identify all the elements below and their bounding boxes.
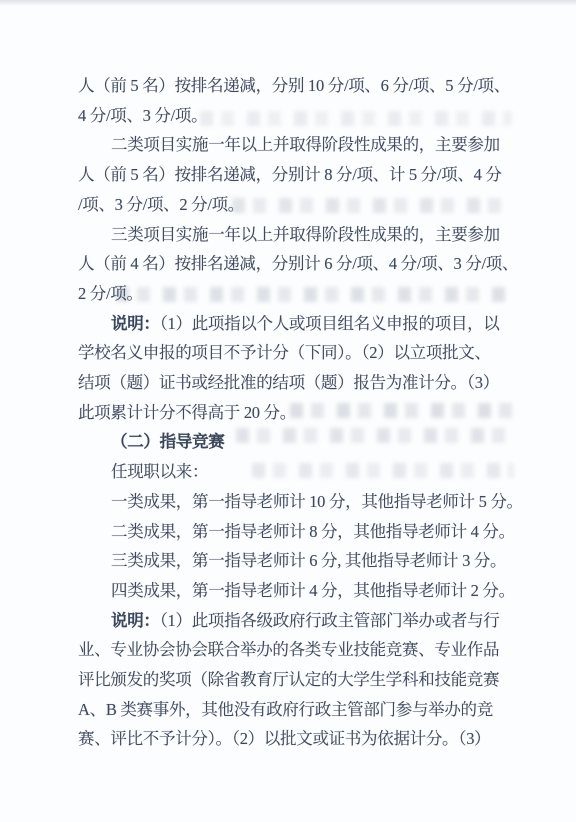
text-line: 人（前 5 名）按排名递减，分别计 8 分/项、计 5 分/项、4 分	[78, 160, 520, 190]
text-line: 三类项目实施一年以上并取得阶段性成果的，主要参加	[78, 220, 520, 250]
text-line: 学校名义申报的项目不予计分（下同）。（2）以立项批文、	[78, 338, 520, 368]
text-line: 二类成果，第一指导老师计 8 分，其他指导老师计 4 分。	[78, 517, 520, 547]
text-line: 一类成果，第一指导老师计 10 分，其他指导老师计 5 分。	[78, 487, 520, 517]
notes-label: 说明：	[111, 314, 160, 333]
text-line: /项、3 分/项、2 分/项。	[78, 190, 520, 220]
text-line: 2 分/项。	[78, 279, 520, 309]
document-text: 人（前 5 名）按排名递减，分别 10 分/项、6 分/项、5 分/项、 4 分…	[78, 71, 520, 754]
notes-label: 说明：	[111, 611, 160, 630]
scan-edge-shadow	[0, 0, 576, 6]
notes-line: 说明：（1）此项指各级政府行政主管部门举办或者与行	[78, 606, 520, 636]
text-line: 人（前 5 名）按排名递减，分别 10 分/项、6 分/项、5 分/项、	[78, 71, 520, 101]
text-line: 业、专业协会协会联合举办的各类专业技能竞赛、专业作品	[78, 635, 520, 665]
text-line: 赛、评比不予计分）。（2）以批文或证书为依据计分。（3）	[78, 724, 520, 754]
notes-text: （1）此项指各级政府行政主管部门举办或者与行	[160, 611, 500, 630]
notes-text: （1）此项指以个人或项目组名义申报的项目，以	[160, 314, 500, 333]
text-line: 4 分/项、3 分/项。	[78, 101, 520, 131]
text-line: 人（前 4 名）按排名递减，分别计 6 分/项、4 分/项、3 分/项、	[78, 249, 520, 279]
section-heading: （二）指导竞赛	[78, 427, 520, 457]
document-page: 人（前 5 名）按排名递减，分别 10 分/项、6 分/项、5 分/项、 4 分…	[0, 0, 576, 822]
text-line: 四类成果，第一指导老师计 4 分，其他指导老师计 2 分。	[78, 576, 520, 606]
notes-line: 说明：（1）此项指以个人或项目组名义申报的项目，以	[78, 309, 520, 339]
text-line: 三类成果，第一指导老师计 6 分, 其他指导老师计 3 分。	[78, 546, 520, 576]
text-line: 任现职以来：	[78, 457, 520, 487]
text-line: A、B 类赛事外，其他没有政府行政主管部门参与举办的竞	[78, 695, 520, 725]
text-line: 结项（题）证书或经批准的结项（题）报告为准计分。（3）	[78, 368, 520, 398]
text-line: 评比颁发的奖项（除省教育厅认定的大学生学科和技能竞赛	[78, 665, 520, 695]
text-line: 二类项目实施一年以上并取得阶段性成果的，主要参加	[78, 130, 520, 160]
text-line: 此项累计计分不得高于 20 分。	[78, 398, 520, 428]
